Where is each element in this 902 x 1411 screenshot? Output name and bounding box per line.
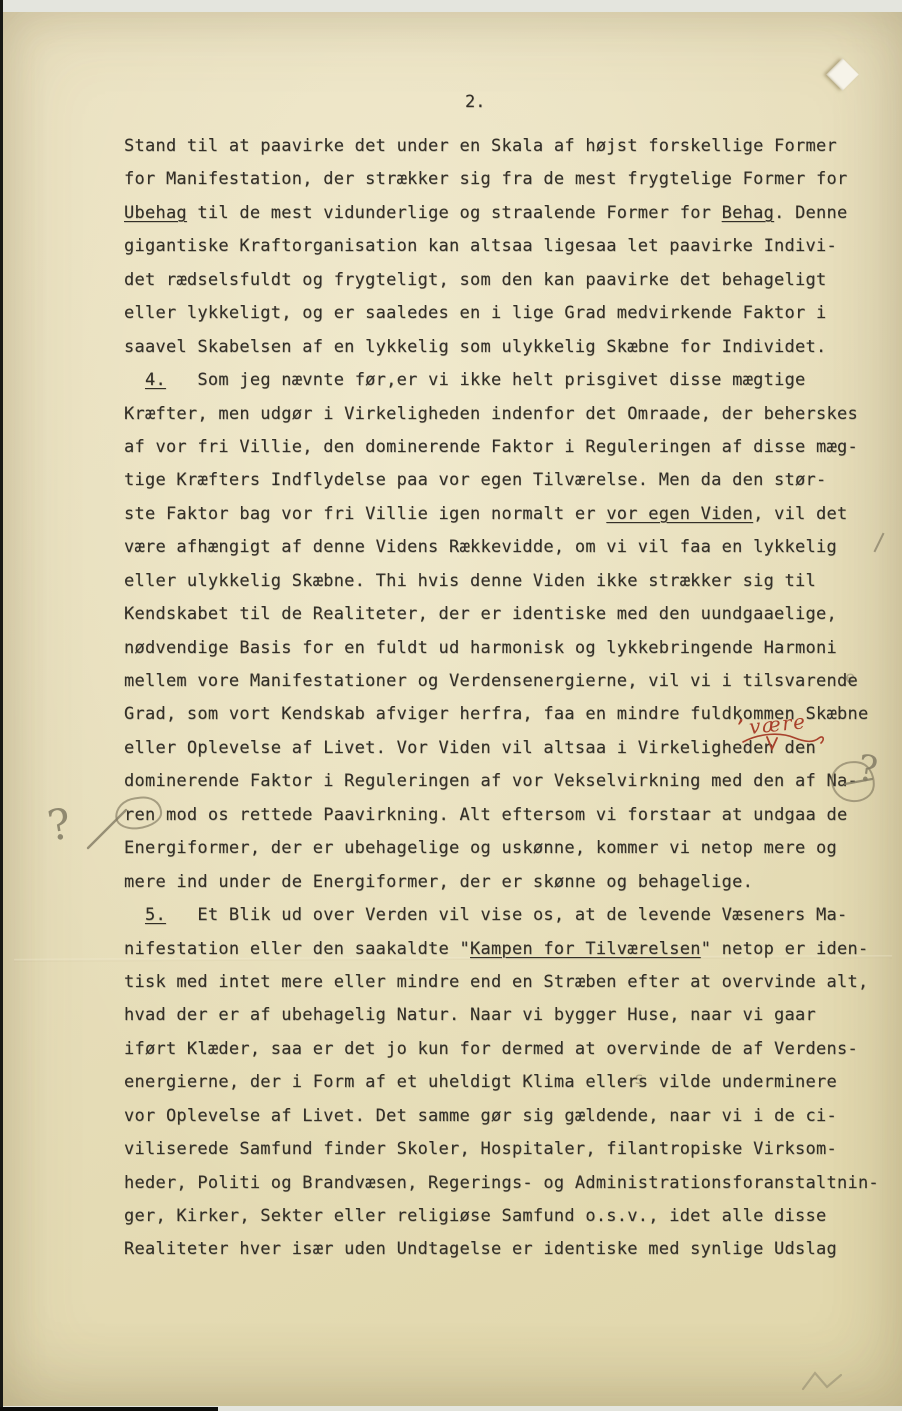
typewritten-line: eller ulykkelig Skæbne. Thi hvis denne V… bbox=[124, 565, 879, 598]
typewritten-line: dominerende Faktor i Reguleringen af vor… bbox=[124, 765, 879, 798]
typewritten-line: ger, Kirker, Sekter eller religiøse Samf… bbox=[124, 1200, 879, 1233]
typewritten-line: Energiformer, der er ubehagelige og uskø… bbox=[124, 832, 879, 865]
typewritten-line: heder, Politi og Brandvæsen, Regerings- … bbox=[124, 1167, 879, 1200]
typewritten-line: det rædselsfuldt og frygteligt, som den … bbox=[124, 264, 879, 297]
typewritten-line: hvad der er af ubehagelig Natur. Naar vi… bbox=[124, 999, 879, 1032]
typewritten-line: mellem vore Manifestationer og Verdensen… bbox=[124, 665, 879, 698]
typewritten-line: 4. Som jeg nævnte før,er vi ikke helt pr… bbox=[124, 364, 879, 397]
insertion-caret-mark bbox=[765, 736, 779, 751]
ghost-character: s bbox=[634, 1069, 644, 1089]
scan-edge-bottom bbox=[0, 1407, 218, 1411]
typewritten-line: mere ind under de Energiformer, der er s… bbox=[124, 866, 879, 899]
typewritten-line: iført Klæder, saa er det jo kun for derm… bbox=[124, 1033, 879, 1066]
typewritten-line: Ubehag til de mest vidunderlige og straa… bbox=[124, 197, 879, 230]
typewritten-line: af vor fri Villie, den dominerende Fakto… bbox=[124, 431, 879, 464]
typewritten-line: energierne, der i Form af et uheldigt Kl… bbox=[124, 1066, 879, 1099]
typewritten-line: tisk med intet mere eller mindre end en … bbox=[124, 966, 879, 999]
typewritten-line: være afhængigt af denne Videns Rækkevidd… bbox=[124, 531, 879, 564]
typewritten-line: Kræfter, men udgør i Virkeligheden inden… bbox=[124, 398, 879, 431]
typewritten-text: Stand til at paavirke det under en Skala… bbox=[124, 130, 879, 1267]
typewritten-line: nifestation eller den saakaldte "Kampen … bbox=[124, 933, 879, 966]
typewritten-line: gigantiske Kraftorganisation kan altsaa … bbox=[124, 230, 879, 263]
typewritten-line: 5. Et Blik ud over Verden vil vise os, a… bbox=[124, 899, 879, 932]
typewritten-line: vor Oplevelse af Livet. Det samme gør si… bbox=[124, 1100, 879, 1133]
typewritten-line: tige Kræfters Indflydelse paa vor egen T… bbox=[124, 464, 879, 497]
typewritten-line: Realiteter hver især uden Undtagelse er … bbox=[124, 1233, 879, 1266]
scan-edge-left bbox=[0, 0, 3, 1411]
typewritten-line: viliserede Samfund finder Skoler, Hospit… bbox=[124, 1133, 879, 1166]
typewritten-line: ste Faktor bag vor fri Villie igen norma… bbox=[124, 498, 879, 531]
page-content: 2. Stand til at paavirke det under en Sk… bbox=[0, 0, 902, 1411]
typewritten-line: ren mod os rettede Paavirkning. Alt efte… bbox=[124, 799, 879, 832]
pencil-zigzag-mark bbox=[800, 1366, 852, 1394]
typewritten-line: saavel Skabelsen af en lykkelig som ulyk… bbox=[124, 331, 879, 364]
ghost-character: e bbox=[845, 668, 855, 688]
pencil-slash-left bbox=[84, 806, 130, 852]
typewritten-line: Kendskabet til de Realiteter, der er ide… bbox=[124, 598, 879, 631]
scanned-typewritten-page: 2. Stand til at paavirke det under en Sk… bbox=[0, 0, 902, 1411]
typewritten-line: for Manifestation, der strækker sig fra … bbox=[124, 163, 879, 196]
page-number: 2. bbox=[465, 92, 485, 112]
typewritten-line: eller lykkeligt, og er saaledes en i lig… bbox=[124, 297, 879, 330]
typewritten-line: nødvendige Basis for en fuldt ud harmoni… bbox=[124, 632, 879, 665]
typewritten-line: Stand til at paavirke det under en Skala… bbox=[124, 130, 879, 163]
pencil-question-mark-left: ? bbox=[44, 798, 75, 850]
